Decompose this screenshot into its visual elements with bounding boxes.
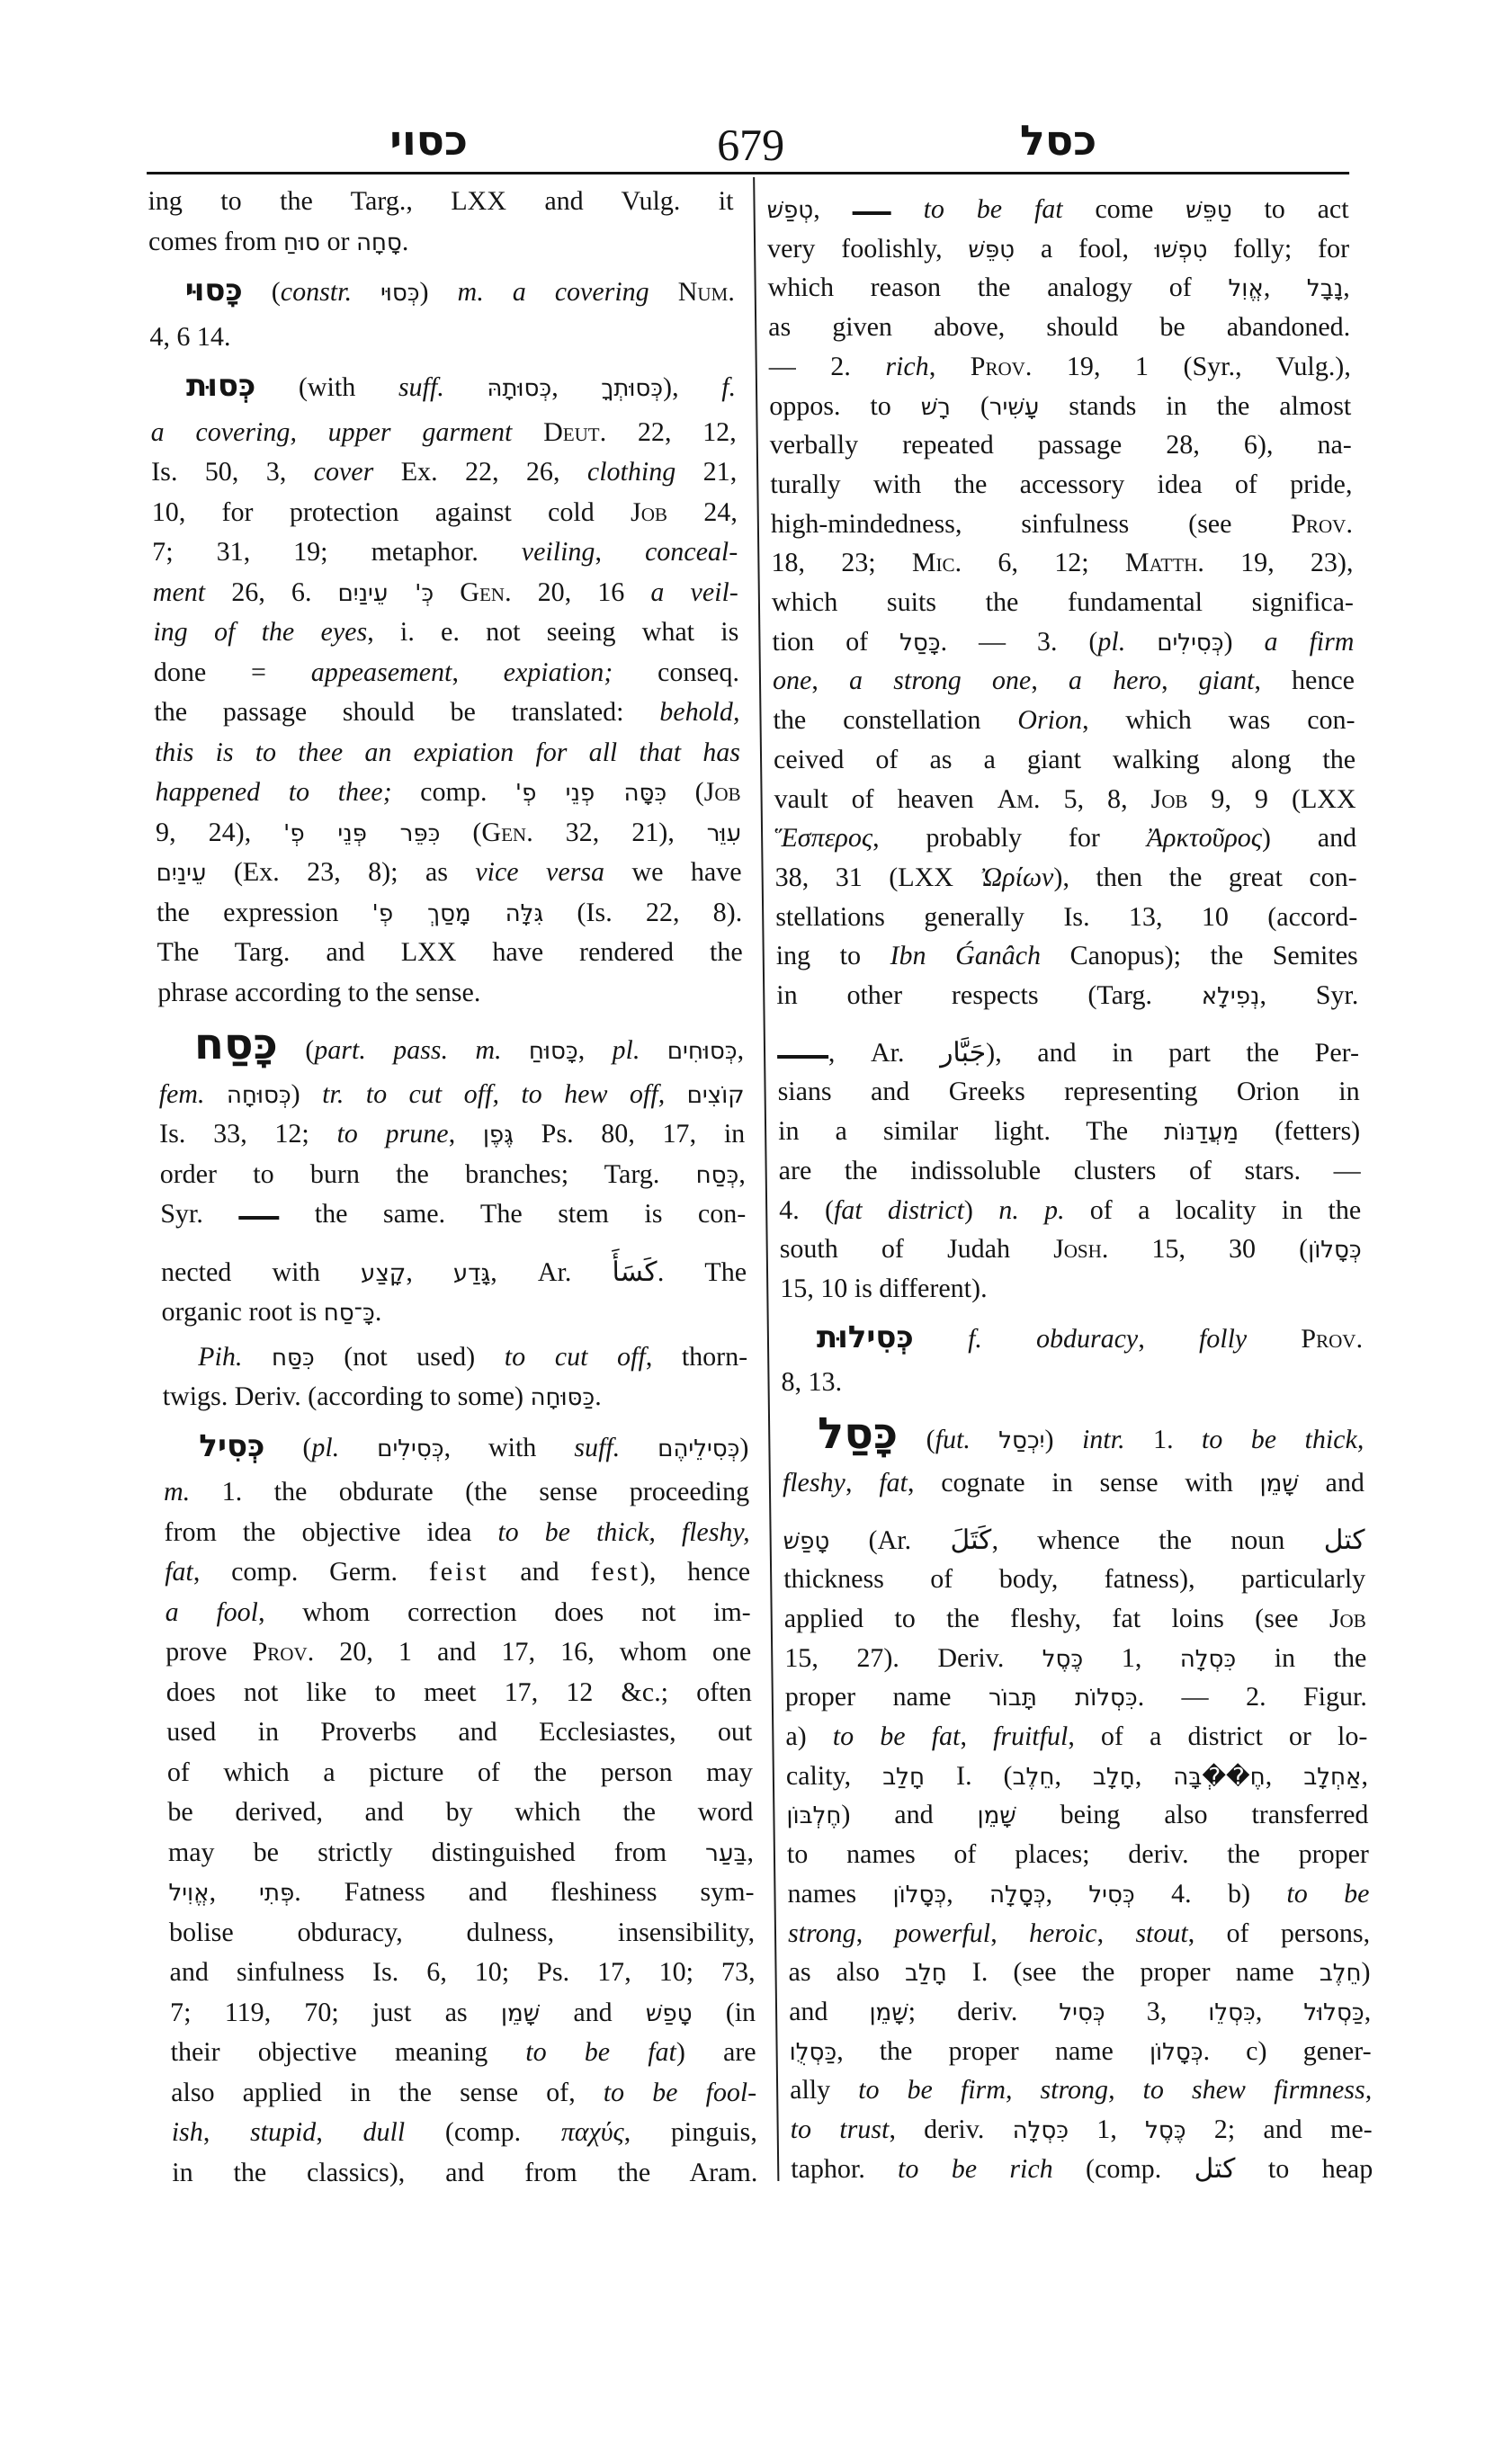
hebrew-word: חֵלֶב (1012, 1764, 1054, 1791)
text-run: and sinfulness Is. 6, 10; Ps. 17, 10; 73… (169, 1957, 755, 1987)
text-line: oppos. to רָשׁ (עָשִׁיר stands in the al… (769, 387, 1352, 426)
text-run: stellations generally Is. 13, 10 (accord… (775, 902, 1357, 932)
hebrew-word: גִּלָּה מָסַךְ פְ' (372, 900, 544, 927)
text-line: happened to thee; comp. כִּסָּה פְנֵי פְ… (155, 773, 741, 813)
hebrew-word: כְּסוּחָה (227, 1082, 291, 1109)
italic-run: folly (1199, 1324, 1248, 1354)
text-run: 10, for protection against cold (152, 497, 631, 527)
scripture-reference: Job (631, 497, 667, 527)
text-run: 3, (1105, 1997, 1208, 2026)
italic-run: pl. (1097, 627, 1125, 657)
text-run: . Fatness and fleshiness sym- (294, 1877, 755, 1907)
text-line: a) to be fat, fruitful, of a district or… (785, 1717, 1368, 1757)
text-run: 19, 1 (Syr., Vulg.), (1032, 352, 1351, 381)
italic-run: fat (165, 1557, 193, 1587)
italic-run: appeasement (311, 657, 452, 687)
hebrew-word: כְּסִיל (1088, 1882, 1135, 1909)
italic-run: happened to thee; (155, 777, 391, 807)
text-run (649, 277, 677, 307)
text-run: of a locality in the (1064, 1195, 1361, 1225)
arabic-word: جَبَّار (940, 1037, 987, 1069)
text-line: which suits the fundamental significa- (772, 583, 1355, 622)
text-run (665, 1079, 687, 1109)
text-run: , thorn- (646, 1342, 748, 1372)
text-line: very foolishly, טִפֵּשׁ a fool, טִפְשׁוּ… (767, 229, 1350, 269)
text-run: , (1096, 1918, 1135, 1948)
hebrew-word: פְּתִי (259, 1880, 295, 1907)
text-run: ) and (841, 1800, 978, 1829)
text-run: a fool, (1015, 234, 1155, 264)
hebrew-word: שָׁמֵן (977, 1802, 1016, 1829)
text-run: (not used) (314, 1342, 505, 1372)
right-guide-word: כסל (959, 120, 1158, 161)
text-run (352, 277, 380, 307)
text-run: ing to (776, 941, 890, 970)
text-line: Is. 50, 3, cover Ex. 22, 26, clothing 21… (151, 452, 738, 493)
text-run: nected with (161, 1257, 361, 1287)
text-run: folly; for (1207, 234, 1349, 264)
text-run: does not like to meet 17, 12 &c.; often (166, 1677, 752, 1707)
italic-run: giant (1198, 666, 1254, 695)
text-run: applied to the fleshy, fat loins (see (784, 1604, 1330, 1633)
text-run: as given above, should be abandoned. (768, 312, 1350, 342)
hebrew-word: כְּסוּתָהּ (487, 375, 551, 402)
italic-run: to be fool- (603, 2078, 756, 2107)
text-run: cality, (786, 1761, 883, 1791)
arabic-word: كتل (1323, 1525, 1364, 1556)
arabic-word: كَتَلَ (950, 1525, 991, 1556)
italic-run: expiation; (503, 657, 613, 687)
text-line: twigs. Deriv. (according to some) כַּסּו… (162, 1377, 748, 1417)
text-run: ; deriv. (908, 1997, 1059, 2026)
text-line: this is to thee an expiation for all tha… (155, 733, 741, 773)
text-run: ( (264, 1433, 311, 1462)
text-line: ing of the eyes, i. e. not seeing what i… (153, 612, 739, 653)
text-run: 1. (1124, 1425, 1202, 1454)
italic-run: pl. (612, 1035, 640, 1065)
text-line: of which a picture of the person may (167, 1753, 754, 1793)
text-run (1125, 627, 1157, 657)
hebrew-word: קָצַע (361, 1260, 407, 1287)
text-line: 15, 27). Deriv. כֶּסֶל 1, כִּסְלָה in th… (784, 1639, 1367, 1678)
italic-run: a veil- (650, 577, 738, 607)
text-line: done = appeasement, expiation; conseq. (154, 653, 740, 693)
italic-run: Orion (1017, 705, 1082, 735)
italic-run: fat (879, 1468, 908, 1498)
hebrew-word: כִּסְלֵו (1208, 1999, 1256, 2026)
text-run: phrase according to the sense. (157, 978, 480, 1007)
italic-run: to be rich (898, 2154, 1053, 2184)
text-run: , (316, 2117, 363, 2147)
italic-run: to be fat (833, 1721, 961, 1751)
text-run: , (1256, 1997, 1304, 2026)
text-run: 21, (675, 457, 737, 487)
hebrew-word: יִכְסַל (998, 1427, 1045, 1454)
greek-word: Ὠρίων (980, 863, 1053, 892)
italic-run: fut. (935, 1425, 971, 1454)
text-run: sians and Greeks representing Orion in (777, 1077, 1359, 1106)
text-run: , whom correction does not im- (258, 1597, 751, 1627)
text-run: proper name (785, 1682, 989, 1712)
text-run: The Targ. and LXX have rendered the (157, 937, 742, 967)
text-run: , i. e. not seeing what is (367, 617, 739, 647)
hebrew-word: כְּסָלוֹן (1308, 1237, 1362, 1264)
hebrew-word: חֵלֶב (1320, 1960, 1362, 1987)
text-line: Syr. ܟܣܚ the same. The stem is con- (160, 1194, 747, 1235)
text-line: as given above, should be abandoned. (768, 308, 1351, 347)
text-run: be derived, and by which the word (167, 1797, 753, 1827)
text-run: the same. The stem is con- (279, 1199, 746, 1229)
text-run: I. (see the proper name (947, 1957, 1320, 1987)
text-run: their objective meaning (170, 2037, 525, 2067)
text-run: , (1054, 1761, 1093, 1791)
text-run: and (789, 1997, 870, 2026)
text-line: ally to be firm, strong, to shew firmnes… (790, 2070, 1373, 2110)
hebrew-word: כְּסָלָה (989, 1882, 1046, 1909)
text-run: taphor. (791, 2154, 898, 2184)
arabic-word: كَسَأَ (612, 1256, 658, 1288)
italic-run: f. obduracy (968, 1324, 1139, 1354)
text-line: טָפַשׁ (Ar. كَتَلَ, whence the noun كتل (783, 1521, 1365, 1560)
text-line: טְפַשׁ, ܛܦܫ to be fat come טַפֵּשׁ to ac… (766, 190, 1349, 229)
hebrew-word: גָּדַע (453, 1260, 491, 1287)
text-line: vault of heaven Am. 5, 8, Job 9, 9 (LXX (774, 780, 1356, 819)
text-run: ) (419, 277, 457, 307)
text-line: a covering, upper garment Deut. 22, 12, (150, 413, 737, 453)
text-line: m. 1. the obdurate (the sense proceeding (164, 1472, 750, 1513)
hebrew-word: כִּסְלָה (1012, 2117, 1069, 2144)
text-line: 38, 31 (LXX Ὠρίων), then the great con- (774, 858, 1357, 898)
text-run: . — 2. Figur. (1137, 1682, 1367, 1712)
text-run: . The (657, 1257, 747, 1287)
text-run: Ex. 22, 26, (373, 457, 587, 487)
hebrew-word: אַחְלָב (1303, 1764, 1362, 1791)
text-run: being also transferred (1016, 1800, 1369, 1829)
italic-run: tr. to cut off, to hew off, (322, 1079, 665, 1109)
text-run: , (946, 1879, 989, 1909)
italic-run: suff. (574, 1433, 620, 1462)
text-run: ceived of as a giant walking along the (774, 745, 1355, 774)
text-line: in the classics), and from the Aram. (172, 2153, 758, 2194)
hebrew-word: טַפֵּשׁ (1185, 197, 1232, 224)
text-run: done = (154, 657, 311, 687)
text-line: nected with קָצַע, גָּדַע, Ar. كَسَأَ. T… (161, 1253, 747, 1293)
hebrew-word: אֱוִל (1228, 275, 1264, 302)
text-run: ally (790, 2075, 858, 2105)
text-line: אֱוִיל, פְּתִי. Fatness and fleshiness s… (168, 1873, 755, 1913)
text-line: south of Judah Josh. 15, 30 (כְּסָלוֹן (779, 1229, 1362, 1269)
italic-run: vice versa (475, 857, 604, 887)
hebrew-word: עָשִׁיר (989, 394, 1040, 421)
text-run: (Is. 22, 8). (543, 898, 742, 927)
text-run: 1, (1069, 2115, 1145, 2144)
text-run: turally with the accessory idea of pride… (770, 469, 1352, 499)
scripture-reference: Josh. (1053, 1234, 1109, 1264)
text-run: , Ar. (490, 1257, 613, 1287)
entry-first-line: כָּסַח (part. pass. m. כָּסוּחַ, pl. כְּ… (158, 1031, 745, 1075)
text-run: , (448, 1119, 483, 1149)
text-run: as also (788, 1957, 905, 1987)
text-line: in a similar light. The מַעֲדַנּוֹת (fet… (778, 1112, 1361, 1151)
text-run: ) (1044, 1425, 1082, 1454)
text-line: prove Prov. 20, 1 and 17, 16, whom one (166, 1632, 752, 1673)
italic-run: to prune (336, 1119, 449, 1149)
text-run: 1. the obdurate (the sense proceeding (190, 1477, 749, 1507)
text-run: in the classics), and from the Aram. (172, 2158, 757, 2187)
text-line: to trust, deriv. כִּסְלָה 1, כֶּסֶל 2; a… (790, 2110, 1373, 2150)
italic-run: to be firm, strong, to shew firmness, (858, 2075, 1372, 2105)
text-run: thickness of body, fatness), particularl… (783, 1564, 1365, 1594)
italic-run: fleshy (783, 1468, 845, 1498)
hebrew-word: טִפֵּשׁ (968, 237, 1015, 264)
hebrew-word: כְּסוּתְךָ (601, 375, 663, 402)
hebrew-word: כָּסוּחַ (529, 1038, 578, 1065)
text-line: the expression גִּלָּה מָסַךְ פְ' (Is. 2… (157, 893, 743, 934)
text-run: . c) gener- (1203, 2036, 1371, 2066)
text-run: , (1264, 273, 1308, 302)
text-line: applied to the fleshy, fat loins (see Jo… (783, 1599, 1366, 1639)
text-run: ( (243, 277, 281, 307)
text-run: 9, 24), (156, 818, 284, 847)
text-run: , (855, 1918, 894, 1948)
text-run: , (1343, 273, 1350, 302)
italic-run: to be thick, fleshy, (497, 1517, 750, 1547)
text-line: a fool, whom correction does not im- (165, 1593, 751, 1633)
hebrew-word: עִוֵּר (707, 820, 742, 847)
hebrew-word: כְּ' עֵינַיִם (337, 580, 434, 607)
entry-first-line: כְּסוּת (with suff. כְּסוּתָהּ, כְּסוּתְ… (150, 368, 737, 413)
text-run: 15, 10 is different). (780, 1274, 988, 1303)
hebrew-word: כְּסָלוֹן (892, 1882, 946, 1909)
scripture-reference: Prov. (1291, 509, 1353, 539)
hebrew-word: טָפַשׁ (783, 1528, 830, 1555)
text-run (640, 1035, 667, 1065)
italic-run: constr. (281, 277, 353, 307)
italic-run: fat district (834, 1195, 964, 1225)
hebrew-word: כְּסִילֵיהֶם (658, 1435, 740, 1462)
text-run: and (488, 1557, 590, 1587)
text-line: turally with the accessory idea of pride… (770, 465, 1353, 505)
hebrew-word: קוֹצִים (686, 1082, 744, 1109)
italic-run: powerful (894, 1918, 990, 1948)
text-line: כַּסְלֻו, the proper name כְּסָלוֹן. c) … (789, 2032, 1372, 2071)
text-run: from the objective idea (164, 1517, 497, 1547)
text-run: , (737, 1035, 744, 1065)
scripture-reference: Deut. (543, 417, 606, 447)
hebrew-word: כֶּסֶל (1042, 1646, 1084, 1673)
scripture-reference: Prov. (252, 1637, 314, 1667)
text-line: fem. כְּסוּחָה) tr. to cut off, to hew o… (158, 1075, 745, 1115)
entry-first-line: כְּסִילוּת f. obduracy, folly Prov. (781, 1319, 1364, 1364)
text-run: ( (278, 1035, 315, 1065)
hebrew-word: נָבָל (1307, 275, 1344, 302)
text-run: (fetters) (1239, 1116, 1360, 1146)
italic-run: rich (885, 352, 929, 381)
text-run (891, 194, 924, 224)
text-run: vault of heaven (774, 784, 997, 814)
text-run: ( (898, 1425, 935, 1454)
scripture-reference: Prov. (1301, 1324, 1363, 1354)
hebrew-word: כְּסִילִים (1157, 630, 1224, 657)
text-run: , pinguis, (623, 2117, 756, 2147)
italic-run: a firm (1264, 627, 1354, 657)
text-line: are the indissoluble clusters of stars. … (778, 1151, 1361, 1191)
root-headword: כָּסַל (818, 1408, 899, 1459)
scripture-reference: Job (1329, 1604, 1366, 1633)
text-line: as also חָלַב I. (see the proper name חֵ… (788, 1953, 1371, 1992)
italic-run: cover (313, 457, 373, 487)
text-run: , (845, 1468, 880, 1498)
text-line: may be strictly distinguished from בַּעַ… (168, 1833, 755, 1873)
text-run: , (1135, 1761, 1174, 1791)
italic-run: a fool (165, 1597, 258, 1627)
hebrew-word: אֱוִיל (168, 1880, 209, 1907)
text-run: ) (1361, 1957, 1370, 1987)
text-line: 10, for protection against cold Job 24, (151, 493, 738, 533)
text-line: fleshy, fat, cognate in sense with שָׁמֵ… (783, 1463, 1365, 1503)
hebrew-word: כָּ־סַח (324, 1300, 375, 1327)
hebrew-word: חָלַב (905, 1960, 947, 1987)
text-run: to names of places; deriv. the proper (787, 1839, 1369, 1869)
italic-run: m. a covering (457, 277, 649, 307)
headword: כְּסִיל (199, 1428, 264, 1464)
text-line: comes from סוּחַ or סָחָה. (148, 222, 735, 263)
text-run (914, 1324, 969, 1354)
text-line: 9, 24), כִּפֵּר פְּנֵי פְ' (Gen. 32, 21)… (156, 813, 742, 854)
hebrew-word: נְפִילָא (1202, 983, 1260, 1010)
text-run: Syr. (160, 1199, 238, 1229)
italic-run: one (773, 666, 812, 695)
text-line: חֶלְבּוֹן) and שָׁמֵן being also transfe… (786, 1795, 1369, 1835)
hebrew-word: בַּעַר (705, 1840, 747, 1867)
text-line: to names of places; deriv. the proper (787, 1835, 1370, 1874)
italic-run: ment (153, 577, 206, 607)
text-line: 4. (fat district) n. p. of a locality in… (779, 1191, 1362, 1230)
text-line: Pih. כִּסַּח (not used) to cut off, thor… (162, 1337, 748, 1378)
text-run (512, 417, 543, 447)
text-line: phrase according to the sense. (157, 973, 744, 1014)
text-run: oppos. to (769, 391, 921, 421)
text-run: ) and (1262, 823, 1357, 853)
text-run: , (595, 537, 645, 567)
text-run: 26, 6. (205, 577, 338, 607)
italic-run: Ibn Ǵanâch (890, 941, 1041, 970)
text-run: the passage should be translated: (154, 697, 659, 727)
italic-run: pl. (311, 1433, 339, 1462)
spaced-word: fest (590, 1557, 640, 1587)
text-line: ing to the Targ., LXX and Vulg. it (148, 182, 734, 222)
text-run: which reason the analogy of (767, 273, 1228, 302)
text-run: 4, 6 14. (149, 322, 230, 352)
hebrew-word: כְּסִיל (1059, 1999, 1105, 2026)
italic-run: intr. (1082, 1425, 1125, 1454)
text-run: (comp. (1052, 2154, 1194, 2184)
spaced-word: feist (429, 1557, 489, 1587)
text-line: The Targ. and LXX have rendered the (157, 933, 743, 973)
text-run: 7; 31, 19; metaphor. (152, 537, 522, 567)
text-line: עֵינַיִם (Ex. 23, 8); as vice versa we h… (156, 853, 742, 893)
text-line: thickness of body, fatness), particularl… (783, 1560, 1366, 1599)
text-run: (Ar. (829, 1525, 951, 1555)
text-run: , (1265, 1761, 1303, 1791)
text-line: 15, 10 is different). (780, 1269, 1363, 1309)
text-run: , (928, 352, 970, 381)
italic-run: f. (721, 372, 736, 402)
text-run: also applied in the sense of, (171, 2078, 604, 2107)
text-run (339, 1433, 377, 1462)
italic-run: part. pass. m. (314, 1035, 502, 1065)
text-line: 18, 23; Mic. 6, 12; Matth. 19, 23), (771, 543, 1354, 583)
text-run: in a similar light. The (778, 1116, 1164, 1146)
left-guide-word: כסוי (329, 120, 528, 161)
italic-run: to be fat (525, 2037, 676, 2067)
text-run: , (811, 666, 849, 695)
text-line: 8, 13. (781, 1363, 1364, 1402)
italic-run: to be (1286, 1879, 1369, 1909)
text-run: 5, 8, (1040, 784, 1150, 814)
text-run: a) (785, 1721, 833, 1751)
text-line: — 2. rich, Prov. 19, 1 (Syr., Vulg.), (768, 347, 1351, 387)
entry-first-line: כָּסוּי (constr. כְּסוּי) m. a covering … (148, 273, 735, 317)
text-run: — 2. (769, 352, 886, 381)
italic-run: stout (1135, 1918, 1188, 1948)
text-run: ( (440, 818, 481, 847)
syriac-word: ܛܦܫ (852, 198, 891, 223)
text-run: 6, 12; (962, 548, 1125, 577)
italic-run: stupid (250, 2117, 317, 2147)
italic-run: heroic (1029, 1918, 1097, 1948)
syriac-word: ܟܣܚ (238, 1203, 279, 1228)
text-run: ( (951, 391, 989, 421)
hebrew-word: כִּסְלוֹת תָּבוֹר (989, 1685, 1138, 1712)
text-run: of which a picture of the person may (167, 1757, 753, 1787)
text-run: the constellation (773, 705, 1017, 735)
header-rule (147, 172, 1349, 174)
italic-run: ish (172, 2117, 203, 2147)
text-run: , (1161, 666, 1199, 695)
hebrew-word: חָלַב (882, 1764, 925, 1791)
text-line: ish, stupid, dull (comp. παχύς, pinguis, (171, 2113, 757, 2153)
text-run: names (787, 1879, 892, 1909)
text-line: verbally repeated passage 28, 6), na- (770, 425, 1353, 465)
hebrew-word: שָׁמֵן (1259, 1471, 1299, 1498)
hebrew-word: עֵינַיִם (156, 860, 206, 887)
text-run: which suits the fundamental significa- (772, 587, 1354, 617)
hebrew-word: גֶּפֶן (483, 1122, 514, 1149)
italic-run: suff. (398, 372, 444, 402)
italic-run: Pih. (198, 1342, 243, 1372)
hebrew-word: כֶּסֶל (1145, 2117, 1186, 2144)
text-line: 7; 31, 19; metaphor. veiling, conceal- (152, 532, 738, 573)
text-run: order to burn the branches; Targ. (159, 1159, 695, 1189)
text-run: , (1138, 1324, 1199, 1354)
text-line: fat, comp. Germ. feist and fest), hence (165, 1552, 751, 1593)
text-run: may be strictly distinguished from (168, 1837, 706, 1867)
greek-word: Ἕσπερος (774, 823, 872, 853)
italic-run: clothing (587, 457, 676, 487)
text-line: high-mindedness, sinfulness (see Prov. (771, 505, 1354, 544)
page-number: 679 (651, 122, 850, 167)
text-run: 19, 23), (1204, 548, 1354, 577)
text-run: in other respects (Targ. (776, 980, 1202, 1010)
scripture-reference: Job (703, 777, 740, 807)
text-run: , (813, 194, 853, 224)
hebrew-word: חֶ��ְבָּה (1173, 1764, 1266, 1791)
text-run: Is. 50, 3, (151, 457, 314, 487)
hebrew-word: כְּסִילִים (377, 1435, 444, 1462)
text-run: , Syr. (1259, 980, 1358, 1010)
text-run: Canopus); the Semites (1041, 941, 1358, 970)
